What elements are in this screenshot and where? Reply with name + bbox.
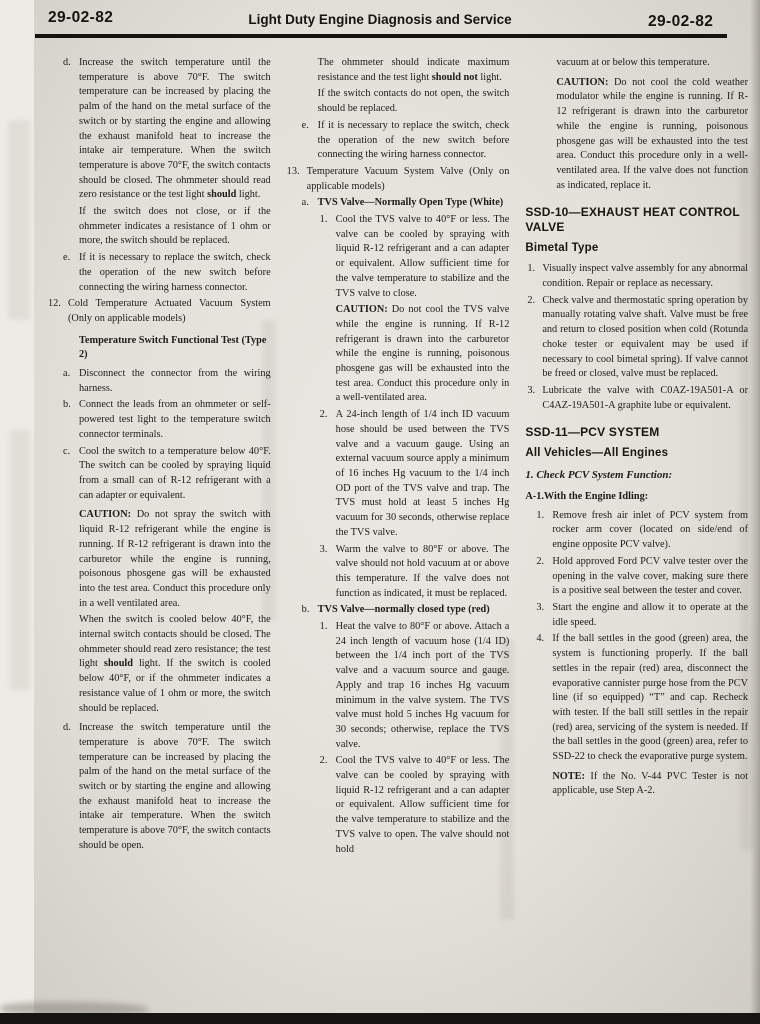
text-block-1-1: d.Increase the switch temperature until … [48, 56, 271, 203]
text-block-3-10: 1. Check PCV System Function: [525, 468, 748, 483]
text-block-2-10: b.TVS Valve—normally closed type (red) [287, 603, 510, 618]
text-block-3-5: 1.Visually inspect valve assembly for an… [525, 262, 748, 291]
text-block-3-6: 2.Check valve and thermostatic spring op… [525, 294, 748, 382]
scanned-manual-page: 29-02-82 Light Duty Engine Diagnosis and… [0, 0, 760, 1024]
text-block-1-4: 12.Cold Temperature Actuated Vacuum Syst… [48, 297, 271, 326]
list-label: 2. [320, 754, 328, 769]
list-label: e. [63, 251, 70, 266]
text-block-2-2: If the switch contacts do not open, the … [287, 87, 510, 116]
text-block-2-6: 1.Cool the TVS valve to 40°F or less. Th… [287, 213, 510, 301]
list-label: b. [63, 398, 71, 413]
text-block-3-15: 4.If the ball settles in the good (green… [525, 632, 748, 764]
list-label: d. [63, 721, 71, 736]
list-label: a. [302, 196, 309, 211]
list-label: 1. [527, 262, 535, 277]
text-block-2-4: 13.Temperature Vacuum System Valve (Only… [287, 165, 510, 194]
list-label: 2. [527, 294, 535, 309]
list-label: 4. [536, 632, 544, 647]
text-block-1-7: b.Connect the leads from an ohmmeter or … [48, 398, 271, 442]
list-label: b. [302, 603, 310, 618]
list-label: a. [63, 367, 70, 382]
column-2: The ohmmeter should indicate maximum res… [287, 56, 510, 1014]
list-label: 1. [320, 620, 328, 635]
column-3: vacuum at or below this temperature.CAUT… [525, 56, 748, 1014]
text-block-1-8: c.Cool the switch to a temperature below… [48, 445, 271, 504]
list-label: 2. [536, 555, 544, 570]
text-block-1-3: e.If it is necessary to replace the swit… [48, 251, 271, 295]
list-label: 13. [287, 165, 300, 180]
text-block-3-3: SSD-10—EXHAUST HEAT CONTROL VALVE [525, 205, 748, 235]
text-block-2-7: CAUTION: Do not cool the TVS valve while… [287, 303, 510, 406]
page-title: Light Duty Engine Diagnosis and Service [180, 12, 580, 27]
header-rule [35, 34, 727, 38]
list-label: 1. [320, 213, 328, 228]
text-block-3-7: 3.Lubricate the valve with C0AZ-19A501-A… [525, 384, 748, 413]
text-block-2-9: 3.Warm the valve to 80°F or above. The v… [287, 543, 510, 602]
text-block-3-14: 3.Start the engine and allow it to opera… [525, 601, 748, 630]
list-label: 3. [527, 384, 535, 399]
list-label: 12. [48, 297, 61, 312]
text-block-3-4: Bimetal Type [525, 241, 748, 255]
text-block-1-10: When the switch is cooled below 40°F, th… [48, 613, 271, 716]
text-block-1-6: a.Disconnect the connector from the wiri… [48, 367, 271, 396]
page-number-left: 29-02-82 [48, 9, 113, 27]
text-block-2-8: 2.A 24-inch length of 1/4 inch ID vacuum… [287, 408, 510, 540]
text-block-2-3: e.If it is necessary to replace the swit… [287, 119, 510, 163]
list-label: e. [302, 119, 309, 134]
text-block-1-11: d.Increase the switch temperature until … [48, 721, 271, 853]
list-label: 1. [536, 509, 544, 524]
text-block-3-9: All Vehicles—All Engines [525, 446, 748, 460]
text-block-3-1: vacuum at or below this temperature. [525, 56, 748, 71]
text-block-1-9: CAUTION: Do not spray the switch with li… [48, 508, 271, 611]
text-block-3-11: A-1.With the Engine Idling: [525, 490, 748, 505]
list-label: d. [63, 56, 71, 71]
text-block-3-12: 1.Remove fresh air inlet of PCV system f… [525, 509, 748, 553]
list-label: 3. [536, 601, 544, 616]
text-block-3-16: NOTE: If the No. V-44 PVC Tester is not … [525, 770, 748, 799]
text-block-2-5: a.TVS Valve—Normally Open Type (White) [287, 196, 510, 211]
text-block-1-2: If the switch does not close, or if the … [48, 205, 271, 249]
column-1: d.Increase the switch temperature until … [48, 56, 271, 1014]
text-block-3-2: CAUTION: Do not cool the cold weather mo… [525, 76, 748, 194]
scan-right-shadow [750, 0, 760, 1024]
text-block-1-5: Temperature Switch Functional Test (Type… [48, 334, 271, 363]
page-left-margin [0, 0, 34, 1024]
text-block-3-8: SSD-11—PCV SYSTEM [525, 425, 748, 440]
list-label: 2. [320, 408, 328, 423]
text-block-2-11: 1.Heat the valve to 80°F or above. Attac… [287, 620, 510, 752]
text-block-2-12: 2.Cool the TVS valve to 40°F or less. Th… [287, 754, 510, 857]
text-block-2-1: The ohmmeter should indicate maximum res… [287, 56, 510, 85]
text-columns: d.Increase the switch temperature until … [48, 56, 748, 1014]
text-block-3-13: 2.Hold approved Ford PCV valve tester ov… [525, 555, 748, 599]
scan-bottom-edge [0, 1013, 760, 1024]
list-label: 3. [320, 543, 328, 558]
page-number-right: 29-02-82 [648, 13, 713, 31]
list-label: c. [63, 445, 70, 460]
